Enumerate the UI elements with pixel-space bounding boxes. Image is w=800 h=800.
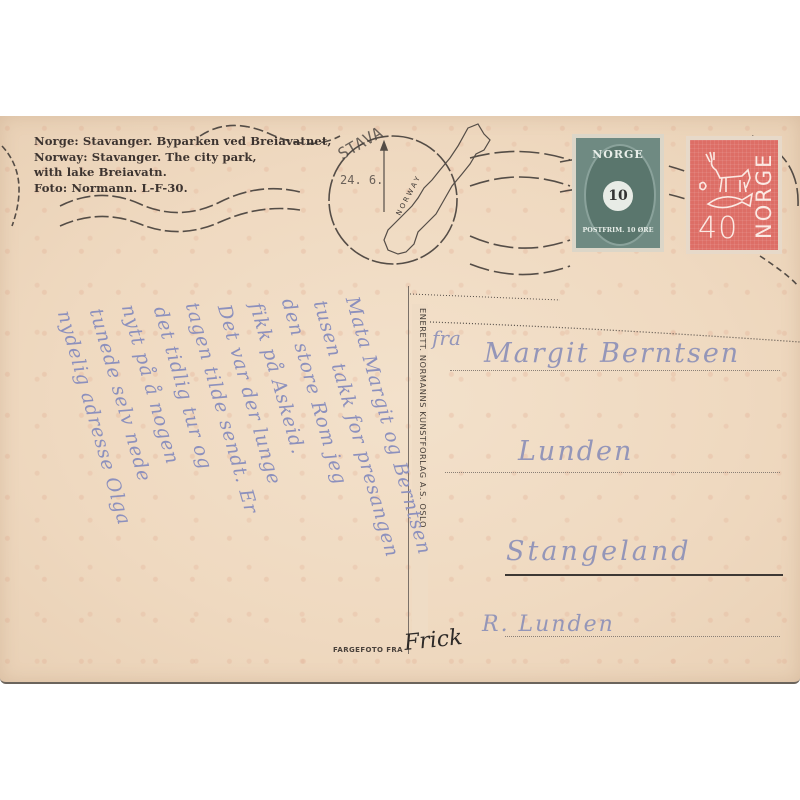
address-from-label: fra bbox=[432, 326, 461, 350]
caption-line: Norway: Stavanger. The city park, bbox=[34, 150, 331, 166]
stamp-40-ore: 40 NORGE bbox=[686, 136, 782, 254]
stamp-value: 40 bbox=[698, 211, 738, 246]
stamp-bottom-text: POSTFRIM. 10 ØRE bbox=[576, 226, 660, 234]
caption-line: Foto: Normann. L-F-30. bbox=[34, 181, 331, 197]
postmark-date: 24. 6. bbox=[340, 173, 383, 187]
photo-credit-signature: Frick bbox=[403, 625, 464, 656]
address-locality: Lunden bbox=[518, 436, 633, 467]
postmark-city: STAVA bbox=[335, 123, 387, 164]
stamp-country: NORGE bbox=[752, 144, 776, 248]
stamp-10-ore: NORGE 10 POSTFRIM. 10 ØRE bbox=[572, 134, 664, 252]
address-line-underlined bbox=[505, 574, 783, 576]
address-line bbox=[445, 472, 780, 473]
svg-text:N O R W A Y: N O R W A Y bbox=[395, 175, 422, 217]
caption-line: Norge: Stavanger. Byparken ved Breiavatn… bbox=[34, 134, 331, 150]
caption-line: with lake Breiavatn. bbox=[34, 165, 331, 181]
stamp-country: NORGE bbox=[576, 148, 660, 161]
postcard-caption: Norge: Stavanger. Byparken ved Breiavatn… bbox=[34, 134, 331, 196]
address-line bbox=[450, 370, 780, 371]
postcard-back: Norge: Stavanger. Byparken ved Breiavatn… bbox=[0, 116, 800, 684]
stamp-value: 10 bbox=[600, 178, 636, 214]
handwritten-message: Mata Margit og Berntsen tusen takk for p… bbox=[20, 294, 390, 674]
publisher-line: ENERETT. NORMANNS KUNSTFORLAG A.S. OSLO bbox=[412, 304, 428, 642]
address-town: Stangeland bbox=[506, 536, 692, 567]
address-name: Margit Berntsen bbox=[484, 338, 740, 369]
reindeer-fish-icon bbox=[696, 148, 758, 218]
address-route: R. Lunden bbox=[482, 612, 615, 637]
